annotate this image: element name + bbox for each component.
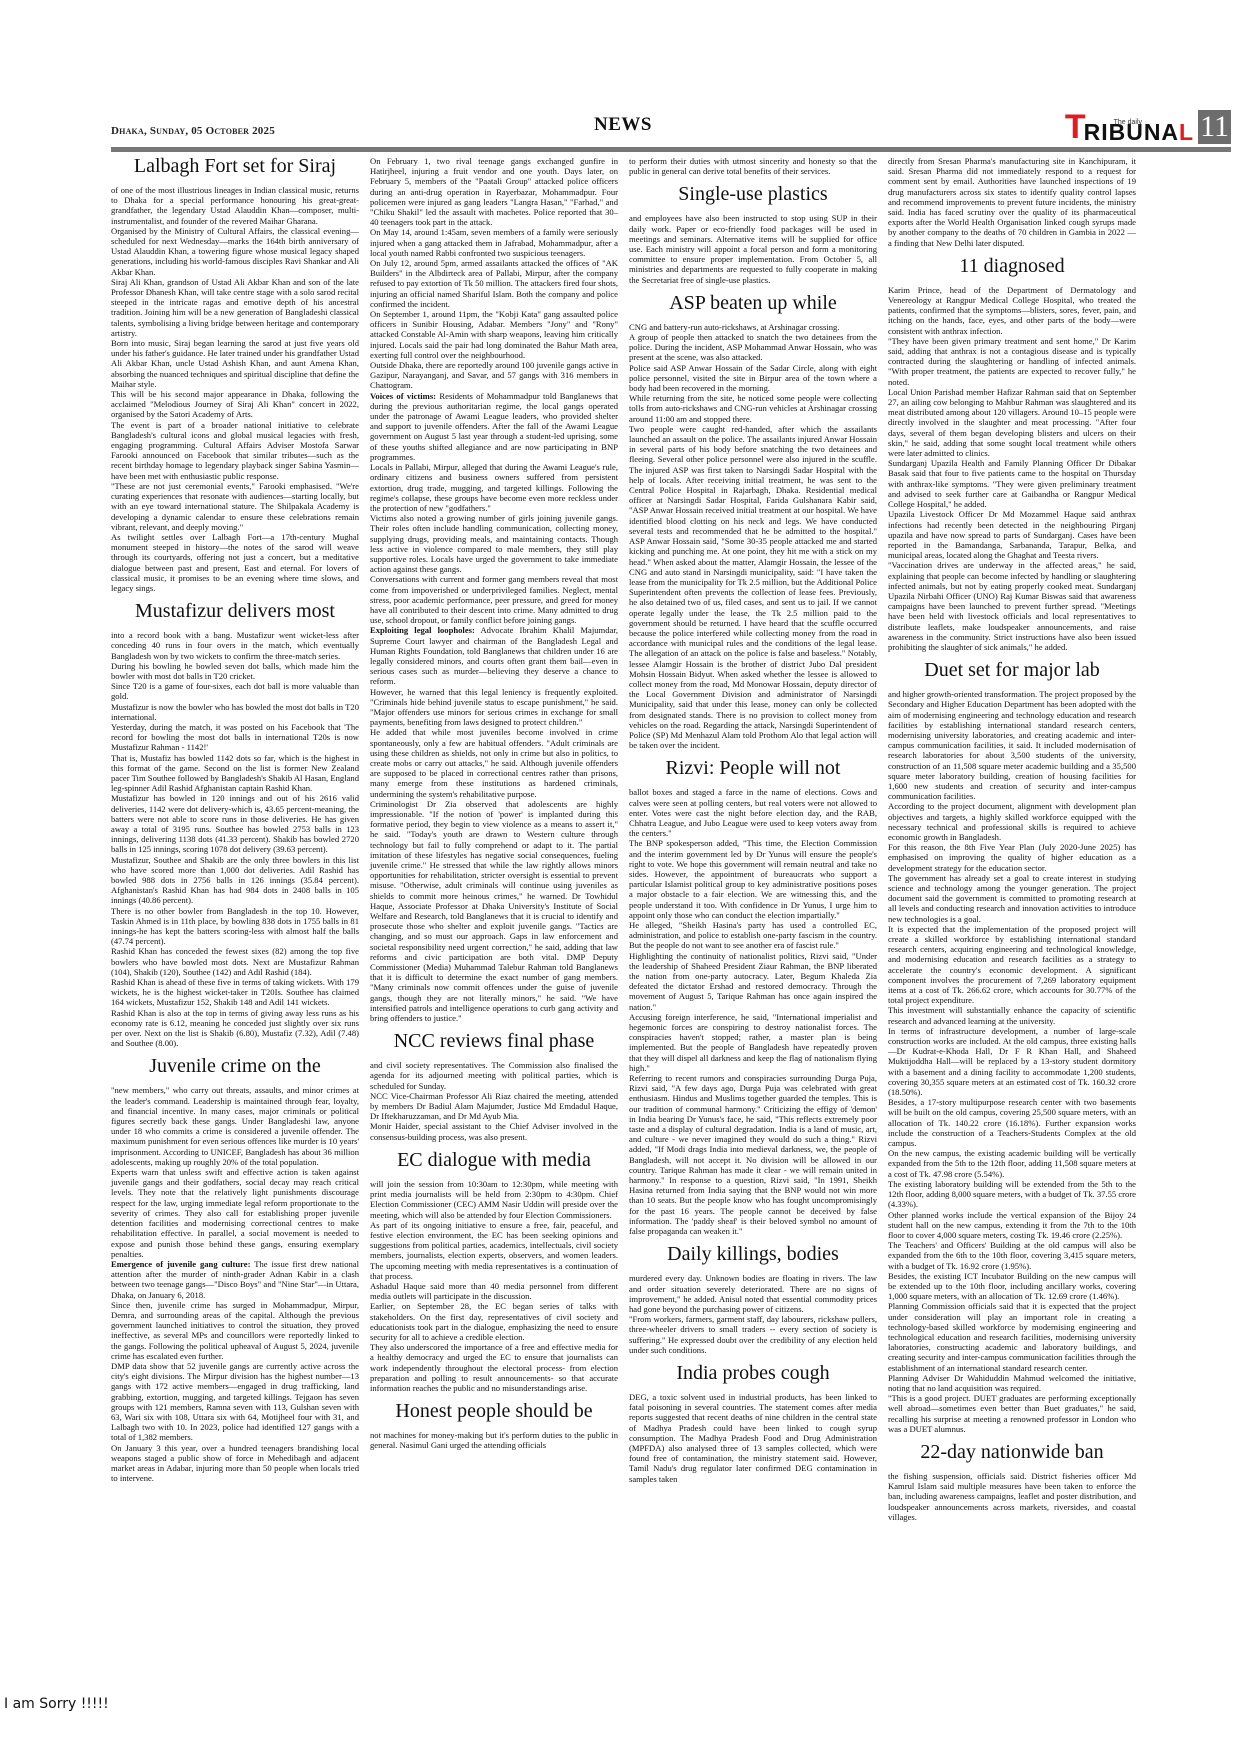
article-paragraph: He added that while most juveniles becom… [370, 727, 618, 798]
article-headline: Mustafizur delivers most [111, 599, 359, 623]
article: Single-use plasticsand employees have al… [629, 182, 877, 284]
article: EC dialogue with mediawill join the sess… [370, 1148, 618, 1393]
article-paragraph: Local Union Parishad member Hafizar Rahm… [888, 387, 1136, 458]
article-paragraph: This will be his second major appearance… [111, 389, 359, 420]
tribunal-logo: T The daily RIBUNAL 11 [1065, 106, 1231, 144]
article-paragraph: Accusing foreign interference, he said, … [629, 1012, 877, 1073]
article-paragraph: On February 1, two rival teenage gangs e… [370, 156, 618, 227]
article: Juvenile crime on the"new members," who … [111, 1054, 359, 1483]
article-paragraph: As part of its ongoing initiative to ens… [370, 1220, 618, 1281]
article-paragraph: the fishing suspension, officials said. … [888, 1471, 1136, 1522]
article-paragraph: "From workers, farmers, garment staff, d… [629, 1314, 877, 1355]
article-headline: EC dialogue with media [370, 1148, 618, 1172]
article-paragraph: Rashid Khan is ahead of these five in te… [111, 977, 359, 1008]
subheading: Exploiting legal loopholes: [370, 625, 475, 635]
article-paragraph: "Vaccination drives are underway in the … [888, 560, 1136, 652]
article-headline: Honest people should be [370, 1399, 618, 1423]
article: On February 1, two rival teenage gangs e… [370, 156, 618, 1023]
article-paragraph: Mustafizur has bowled in 120 innings and… [111, 793, 359, 854]
section-title: NEWS [594, 114, 652, 136]
subheading: Voices of victims: [370, 391, 436, 401]
article-paragraph: On the new campus, the existing academic… [888, 1148, 1136, 1179]
article-headline: Juvenile crime on the [111, 1054, 359, 1078]
article-paragraph: Born into music, Siraj began learning th… [111, 338, 359, 389]
article-paragraph: The government has already set a goal to… [888, 873, 1136, 924]
article: Lalbagh Fort set for Sirajof one of the … [111, 154, 359, 593]
masthead: Dhaka, Sunday, 05 October 2025 NEWS T Th… [111, 110, 1231, 150]
article-paragraph: The existing laboratory building will be… [888, 1179, 1136, 1210]
article-paragraph: A group of people then attacked to snatc… [629, 332, 877, 363]
article-paragraph: Yesterday, during the match, it was post… [111, 722, 359, 753]
article: 11 diagnosedKarim Prince, head of the De… [888, 254, 1136, 652]
article-headline: India probes cough [629, 1361, 877, 1385]
article-paragraph: According to the project document, align… [888, 801, 1136, 842]
article-paragraph: Planning Adviser Dr Wahiduddin Mahmud we… [888, 1373, 1136, 1393]
article-paragraph: "This is a good project. DUET graduates … [888, 1393, 1136, 1434]
article-paragraph: Emergence of juvenile gang culture: The … [111, 1259, 359, 1300]
article: 22-day nationwide banthe fishing suspens… [888, 1440, 1136, 1522]
article-paragraph: directly from Sresan Pharma's manufactur… [888, 156, 1136, 248]
article-paragraph: However, he warned that this legal lenie… [370, 687, 618, 728]
subheading: Emergence of juvenile gang culture: [111, 1259, 250, 1269]
article-paragraph: Victims also noted a growing number of g… [370, 513, 618, 574]
column-4: directly from Sresan Pharma's manufactur… [888, 156, 1136, 1522]
article-paragraph: Besides, a 17-story multipurpose researc… [888, 1097, 1136, 1148]
article-paragraph: On January 3 this year, over a hundred t… [111, 1443, 359, 1484]
article-paragraph: Mustafizur is now the bowler who has bow… [111, 702, 359, 722]
article-paragraph: DEG, a toxic solvent used in industrial … [629, 1392, 877, 1484]
article-paragraph: The BNP spokesperson added, "This time, … [629, 838, 877, 920]
article-paragraph: Besides, the existing ICT Incubator Buil… [888, 1271, 1136, 1302]
article-paragraph: Since then, juvenile crime has surged in… [111, 1300, 359, 1361]
article: Mustafizur delivers mostinto a record bo… [111, 599, 359, 1048]
article-paragraph: Upazila Livestock Officer Dr Md Mozammel… [888, 509, 1136, 560]
header-rule [111, 147, 1231, 152]
article-paragraph: Criminologist Dr Zia observed that adole… [370, 799, 618, 1023]
article-paragraph: Locals in Pallabi, Mirpur, alleged that … [370, 462, 618, 513]
logo-wordmark-last: L [1179, 119, 1194, 145]
article: India probes coughDEG, a toxic solvent u… [629, 1361, 877, 1484]
article-paragraph: This investment will substantially enhan… [888, 1005, 1136, 1025]
footer-note: I am Sorry !!!!! [4, 1696, 109, 1712]
article-paragraph: Voices of victims: Residents of Mohammad… [370, 391, 618, 462]
article-paragraph: NCC Vice-Chairman Professor Ali Riaz cha… [370, 1091, 618, 1122]
article: Duet set for major laband higher growth-… [888, 658, 1136, 1434]
logo-wordmark: The daily RIBUNAL [1084, 120, 1195, 144]
article-paragraph: Two people were caught red-handed, after… [629, 424, 877, 751]
article-paragraph: Mustafizur, Southee and Shakib are the o… [111, 855, 359, 906]
article: Rizvi: People will notballot boxes and s… [629, 756, 877, 1236]
article-paragraph: Rashid Khan is also at the top in terms … [111, 1008, 359, 1049]
article-paragraph: Siraj Ali Khan, grandson of Ustad Ali Ak… [111, 277, 359, 338]
column-3: to perform their duties with utmost sinc… [629, 156, 877, 1522]
column-1: Lalbagh Fort set for Sirajof one of the … [111, 156, 359, 1522]
article-paragraph: Earlier, on September 28, the EC began s… [370, 1301, 618, 1342]
page-number-badge: 11 [1198, 110, 1231, 144]
article-headline: 22-day nationwide ban [888, 1440, 1136, 1464]
column-2: On February 1, two rival teenage gangs e… [370, 156, 618, 1522]
article-paragraph: into a record book with a bang. Mustafiz… [111, 630, 359, 661]
article-paragraph: It is expected that the implementation o… [888, 924, 1136, 1006]
article-paragraph: Conversations with current and former ga… [370, 574, 618, 625]
article-paragraph: of one of the most illustrious lineages … [111, 185, 359, 226]
article-paragraph: CNG and battery-run auto-rickshaws, at A… [629, 322, 877, 332]
article-paragraph: Highlighting the continuity of nationali… [629, 951, 877, 1012]
article-paragraph: DMP data show that 52 juvenile gangs are… [111, 1361, 359, 1443]
article-paragraph: He alleged, "Sheikh Hasina's party has u… [629, 920, 877, 951]
article-paragraph: The event is part of a broader national … [111, 420, 359, 481]
article-paragraph: In terms of infrastructure development, … [888, 1026, 1136, 1097]
article-paragraph: Exploiting legal loopholes: Advocate Ibr… [370, 625, 618, 686]
article-paragraph: Referring to recent rumors and conspirac… [629, 1073, 877, 1236]
article-paragraph: Police said ASP Anwar Hossain of the Sad… [629, 363, 877, 394]
article-paragraph: As twilight settles over Lalbagh Fort—a … [111, 532, 359, 593]
article-paragraph: Outside Dhaka, there are reportedly arou… [370, 360, 618, 391]
article-paragraph: Monir Haider, special assistant to the C… [370, 1121, 618, 1141]
article-paragraph: to perform their duties with utmost sinc… [629, 156, 877, 176]
article-paragraph: The Teachers' and Officers' Building at … [888, 1240, 1136, 1271]
article-paragraph: Ashadul Haque said more than 40 media pe… [370, 1281, 618, 1301]
article-paragraph: Planning Commission officials said that … [888, 1301, 1136, 1372]
article-paragraph: "They have been given primary treatment … [888, 336, 1136, 387]
article: directly from Sresan Pharma's manufactur… [888, 156, 1136, 248]
article-headline: Duet set for major lab [888, 658, 1136, 682]
logo-t-letter: T [1065, 110, 1084, 144]
article-paragraph: Organised by the Ministry of Cultural Af… [111, 226, 359, 277]
article-paragraph: Karim Prince, head of the Department of … [888, 285, 1136, 336]
article: Daily killings, bodiesmurdered every day… [629, 1242, 877, 1355]
article-paragraph: Other planned works include the vertical… [888, 1210, 1136, 1241]
logo-tagline: The daily [1114, 111, 1142, 135]
article-paragraph: During his bowling he bowled seven dot b… [111, 661, 359, 681]
article-paragraph: While returning from the site, he notice… [629, 393, 877, 424]
article-headline: Daily killings, bodies [629, 1242, 877, 1266]
article-paragraph: not machines for money-making but it's p… [370, 1430, 618, 1450]
article: ASP beaten up whileCNG and battery-run a… [629, 291, 877, 751]
article-paragraph: For this reason, the 8th Five Year Plan … [888, 842, 1136, 873]
article-paragraph: On May 14, around 1:45am, seven members … [370, 227, 618, 258]
article-headline: ASP beaten up while [629, 291, 877, 315]
article: Honest people should benot machines for … [370, 1399, 618, 1450]
article-headline: Single-use plastics [629, 182, 877, 206]
article-paragraph: "These are not just ceremonial events," … [111, 481, 359, 532]
article-paragraph: Sundarganj Upazila Health and Family Pla… [888, 458, 1136, 509]
article-paragraph: and higher growth-oriented transformatio… [888, 689, 1136, 801]
article-headline: Lalbagh Fort set for Siraj [111, 154, 359, 178]
article-paragraph: and civil society representatives. The C… [370, 1060, 618, 1091]
article-headline: Rizvi: People will not [629, 756, 877, 780]
article-paragraph: There is no other bowler from Bangladesh… [111, 906, 359, 947]
article-paragraph: Experts warn that unless swift and effec… [111, 1167, 359, 1259]
article-paragraph: On September 1, around 11pm, the "Kobji … [370, 309, 618, 360]
article-paragraph: murdered every day. Unknown bodies are f… [629, 1273, 877, 1314]
article-paragraph: They also underscored the importance of … [370, 1342, 618, 1393]
article-columns: Lalbagh Fort set for Sirajof one of the … [111, 156, 1231, 1522]
dateline: Dhaka, Sunday, 05 October 2025 [111, 125, 275, 137]
article-paragraph: will join the session from 10:30am to 12… [370, 1179, 618, 1220]
article-paragraph: "new members," who carry out threats, as… [111, 1085, 359, 1167]
article: NCC reviews final phaseand civil society… [370, 1029, 618, 1142]
article-paragraph: Rashid Khan has conceded the fewest sixe… [111, 946, 359, 977]
article-paragraph: On July 12, around 5pm, armed assailants… [370, 258, 618, 309]
article: to perform their duties with utmost sinc… [629, 156, 877, 176]
article-paragraph: Since T20 is a game of four-sixes, each … [111, 681, 359, 701]
article-paragraph: ballot boxes and staged a farce in the n… [629, 787, 877, 838]
article-headline: NCC reviews final phase [370, 1029, 618, 1053]
article-headline: 11 diagnosed [888, 254, 1136, 278]
article-paragraph: and employees have also been instructed … [629, 213, 877, 284]
article-paragraph: That is, Mustafiz has bowled 1142 dots s… [111, 753, 359, 794]
